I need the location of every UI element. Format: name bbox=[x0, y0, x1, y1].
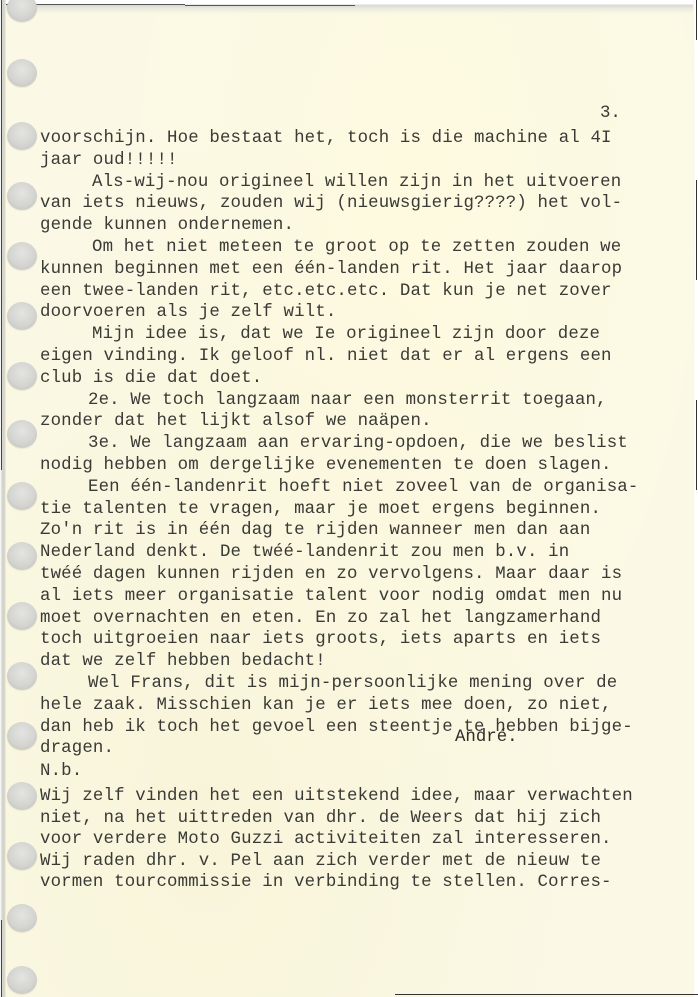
punch-hole bbox=[7, 182, 37, 210]
punch-hole bbox=[7, 722, 37, 750]
punch-hole bbox=[7, 602, 37, 630]
punch-hole bbox=[7, 0, 37, 22]
postscript-line: Wij zelf vinden het een uitstekend idee,… bbox=[40, 787, 633, 807]
letter-line: Om het niet meteen te groot op te zetten… bbox=[92, 238, 621, 258]
letter-line: dat we zelf hebben bedacht! bbox=[40, 652, 326, 672]
scan-border-line bbox=[696, 400, 697, 490]
punch-hole bbox=[7, 662, 37, 690]
letter-line: tie talenten te vragen, maar je moet erg… bbox=[40, 500, 601, 520]
scan-border-line bbox=[395, 994, 698, 995]
punch-hole bbox=[7, 482, 37, 510]
letter-line: al iets meer organisatie talent voor nod… bbox=[40, 587, 622, 607]
letter-line: zonder dat het lijkt alsof we naäpen. bbox=[40, 412, 432, 432]
postscript-line: vormen tourcommissie in verbinding te st… bbox=[40, 873, 612, 893]
letter-line: Een één-landenrit hoeft niet zoveel van … bbox=[88, 478, 638, 498]
scan-border-line bbox=[1, 0, 2, 470]
punch-hole bbox=[7, 542, 37, 570]
letter-line: een twee-landen rit, etc.etc.etc. Dat ku… bbox=[40, 282, 612, 302]
letter-line: 3e. We langzaam aan ervaring-opdoen, die… bbox=[88, 434, 628, 454]
postscript-label: N.b. bbox=[40, 762, 82, 782]
letter-line: dragen. bbox=[40, 739, 114, 759]
punch-hole bbox=[7, 904, 37, 932]
letter-line: dan heb ik toch het gevoel een steentje … bbox=[40, 718, 633, 738]
punch-hole bbox=[7, 302, 37, 330]
punch-hole bbox=[7, 420, 37, 448]
punch-hole bbox=[7, 966, 37, 994]
punch-hole bbox=[7, 362, 37, 390]
postscript-line: niet, na het uittreden van dhr. de Weers… bbox=[40, 809, 601, 829]
postscript-line: Wij raden dhr. v. Pel aan zich verder me… bbox=[40, 852, 601, 872]
punch-hole bbox=[7, 782, 37, 810]
letter-line: doorvoeren als je zelf wilt. bbox=[40, 303, 336, 323]
letter-line: club is die dat doet. bbox=[40, 369, 262, 389]
letter-line: kunnen beginnen met een één-landen rit. … bbox=[40, 260, 622, 280]
page-right-edge bbox=[693, 0, 698, 997]
letter-line: eigen vinding. Ik geloof nl. niet dat er… bbox=[40, 347, 612, 367]
letter-line: moet overnachten en eten. En zo zal het … bbox=[40, 609, 601, 629]
letter-line: van iets nieuws, zouden wij (nieuwsgieri… bbox=[40, 194, 622, 214]
letter-line: 2e. We toch langzaam naar een monsterrit… bbox=[88, 391, 607, 411]
letter-line: nodig hebben om dergelijke evenementen t… bbox=[40, 456, 612, 476]
letter-line: toch uitgroeien naar iets groots, iets a… bbox=[40, 630, 601, 650]
document-page: 3. voorschijn. Hoe bestaat het, toch is … bbox=[0, 0, 698, 997]
letter-line: Mijn idee is, dat we Ie origineel zijn d… bbox=[92, 325, 600, 345]
scan-border-line bbox=[696, 180, 697, 280]
punch-hole bbox=[7, 122, 37, 150]
signature: André. bbox=[455, 728, 518, 748]
scan-border-line bbox=[185, 5, 355, 6]
letter-line: Zo'n rit is in één dag te rijden wanneer… bbox=[40, 521, 590, 541]
letter-line: hele zaak. Misschien kan je er iets mee … bbox=[40, 696, 612, 716]
punch-hole bbox=[7, 59, 37, 87]
scan-border-line bbox=[696, 0, 697, 40]
page-top-edge bbox=[0, 0, 698, 14]
letter-line: twéé dagen kunnen rijden en zo vervolgen… bbox=[40, 565, 622, 585]
letter-line: jaar oud!!!!! bbox=[40, 151, 178, 171]
scan-border-line bbox=[1, 920, 2, 997]
punch-hole bbox=[7, 842, 37, 870]
letter-line: gende kunnen ondernemen. bbox=[40, 216, 294, 236]
letter-line: voorschijn. Hoe bestaat het, toch is die… bbox=[40, 129, 612, 149]
letter-line: Als-wij-nou origineel willen zijn in het… bbox=[92, 173, 621, 193]
postscript-line: voor verdere Moto Guzzi activiteiten zal… bbox=[40, 830, 612, 850]
letter-line: Wel Frans, dit is mijn-persoonlijke meni… bbox=[88, 674, 617, 694]
letter-line: Nederland denkt. De twéé-landenrit zou m… bbox=[40, 543, 569, 563]
punch-hole bbox=[7, 242, 37, 270]
page-number: 3. bbox=[600, 104, 621, 124]
